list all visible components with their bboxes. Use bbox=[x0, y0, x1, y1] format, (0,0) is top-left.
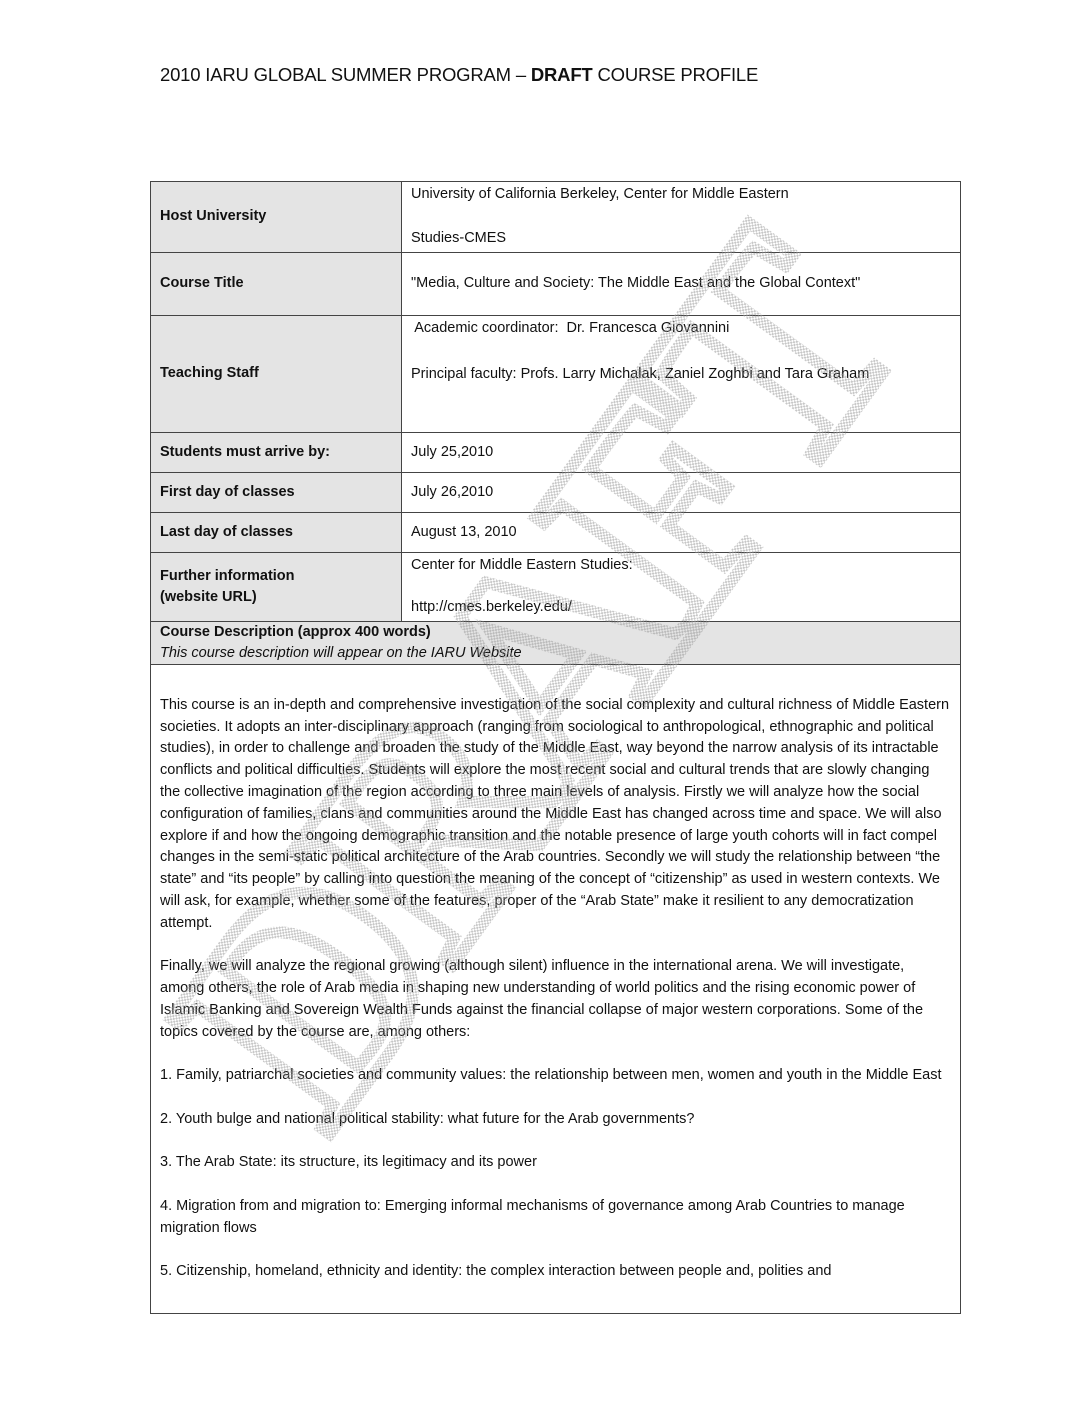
course-profile-table: Host University University of California… bbox=[150, 181, 961, 1314]
label-last-day: Last day of classes bbox=[151, 513, 402, 553]
topic-item: 5. Citizenship, homeland, ethnicity and … bbox=[160, 1261, 951, 1283]
description-paragraph-2: Finally, we will analyze the regional gr… bbox=[160, 956, 951, 1043]
row-host-university: Host University University of California… bbox=[151, 182, 961, 253]
academic-coordinator: Academic coordinator: Dr. Francesca Giov… bbox=[411, 318, 951, 340]
label-teaching-staff: Teaching Staff bbox=[151, 316, 402, 433]
title-prefix: 2010 IARU GLOBAL SUMMER PROGRAM – bbox=[160, 64, 531, 85]
value-arrive-by: July 25,2010 bbox=[402, 433, 961, 473]
row-description-body: This course is an in-depth and comprehen… bbox=[151, 665, 961, 1314]
row-first-day: First day of classes July 26,2010 bbox=[151, 473, 961, 513]
topic-item: 3. The Arab State: its structure, its le… bbox=[160, 1152, 951, 1174]
row-description-heading: Course Description (approx 400 words) Th… bbox=[151, 622, 961, 665]
label-further-info: Further information (website URL) bbox=[151, 553, 402, 622]
value-course-title: "Media, Culture and Society: The Middle … bbox=[402, 253, 961, 316]
label-host-university: Host University bbox=[151, 182, 402, 253]
label-course-title: Course Title bbox=[151, 253, 402, 316]
value-teaching-staff: Academic coordinator: Dr. Francesca Giov… bbox=[402, 316, 961, 433]
row-arrive-by: Students must arrive by: July 25,2010 bbox=[151, 433, 961, 473]
row-further-info: Further information (website URL) Center… bbox=[151, 553, 961, 622]
label-arrive-by: Students must arrive by: bbox=[151, 433, 402, 473]
principal-faculty: Principal faculty: Profs. Larry Michalak… bbox=[411, 364, 951, 386]
further-info-label-line1: Further information bbox=[160, 566, 392, 588]
row-course-title: Course Title "Media, Culture and Society… bbox=[151, 253, 961, 316]
topic-item: 1. Family, patriarchal societies and com… bbox=[160, 1065, 951, 1087]
description-body-cell: This course is an in-depth and comprehen… bbox=[151, 665, 961, 1314]
title-suffix: COURSE PROFILE bbox=[593, 64, 759, 85]
label-first-day: First day of classes bbox=[151, 473, 402, 513]
description-paragraph-1: This course is an in-depth and comprehen… bbox=[160, 695, 951, 935]
value-further-info: Center for Middle Eastern Studies: http:… bbox=[402, 553, 961, 622]
value-first-day: July 26,2010 bbox=[402, 473, 961, 513]
row-last-day: Last day of classes August 13, 2010 bbox=[151, 513, 961, 553]
title-draft-word: DRAFT bbox=[531, 64, 593, 85]
description-heading-cell: Course Description (approx 400 words) Th… bbox=[151, 622, 961, 665]
host-university-line2: Studies-CMES bbox=[411, 228, 951, 250]
further-info-center: Center for Middle Eastern Studies: bbox=[411, 555, 951, 577]
website-url-link[interactable]: http://cmes.berkeley.edu/ bbox=[411, 597, 951, 619]
row-teaching-staff: Teaching Staff Academic coordinator: Dr.… bbox=[151, 316, 961, 433]
host-university-line1: University of California Berkeley, Cente… bbox=[411, 184, 951, 206]
value-last-day: August 13, 2010 bbox=[402, 513, 961, 553]
topic-item: 2. Youth bulge and national political st… bbox=[160, 1109, 951, 1131]
value-host-university: University of California Berkeley, Cente… bbox=[402, 182, 961, 253]
document-title: 2010 IARU GLOBAL SUMMER PROGRAM – DRAFT … bbox=[160, 64, 758, 86]
further-info-label-line2: (website URL) bbox=[160, 587, 392, 609]
description-subheading: This course description will appear on t… bbox=[160, 643, 951, 664]
topic-item: 4. Migration from and migration to: Emer… bbox=[160, 1196, 951, 1240]
description-heading: Course Description (approx 400 words) bbox=[160, 622, 951, 643]
